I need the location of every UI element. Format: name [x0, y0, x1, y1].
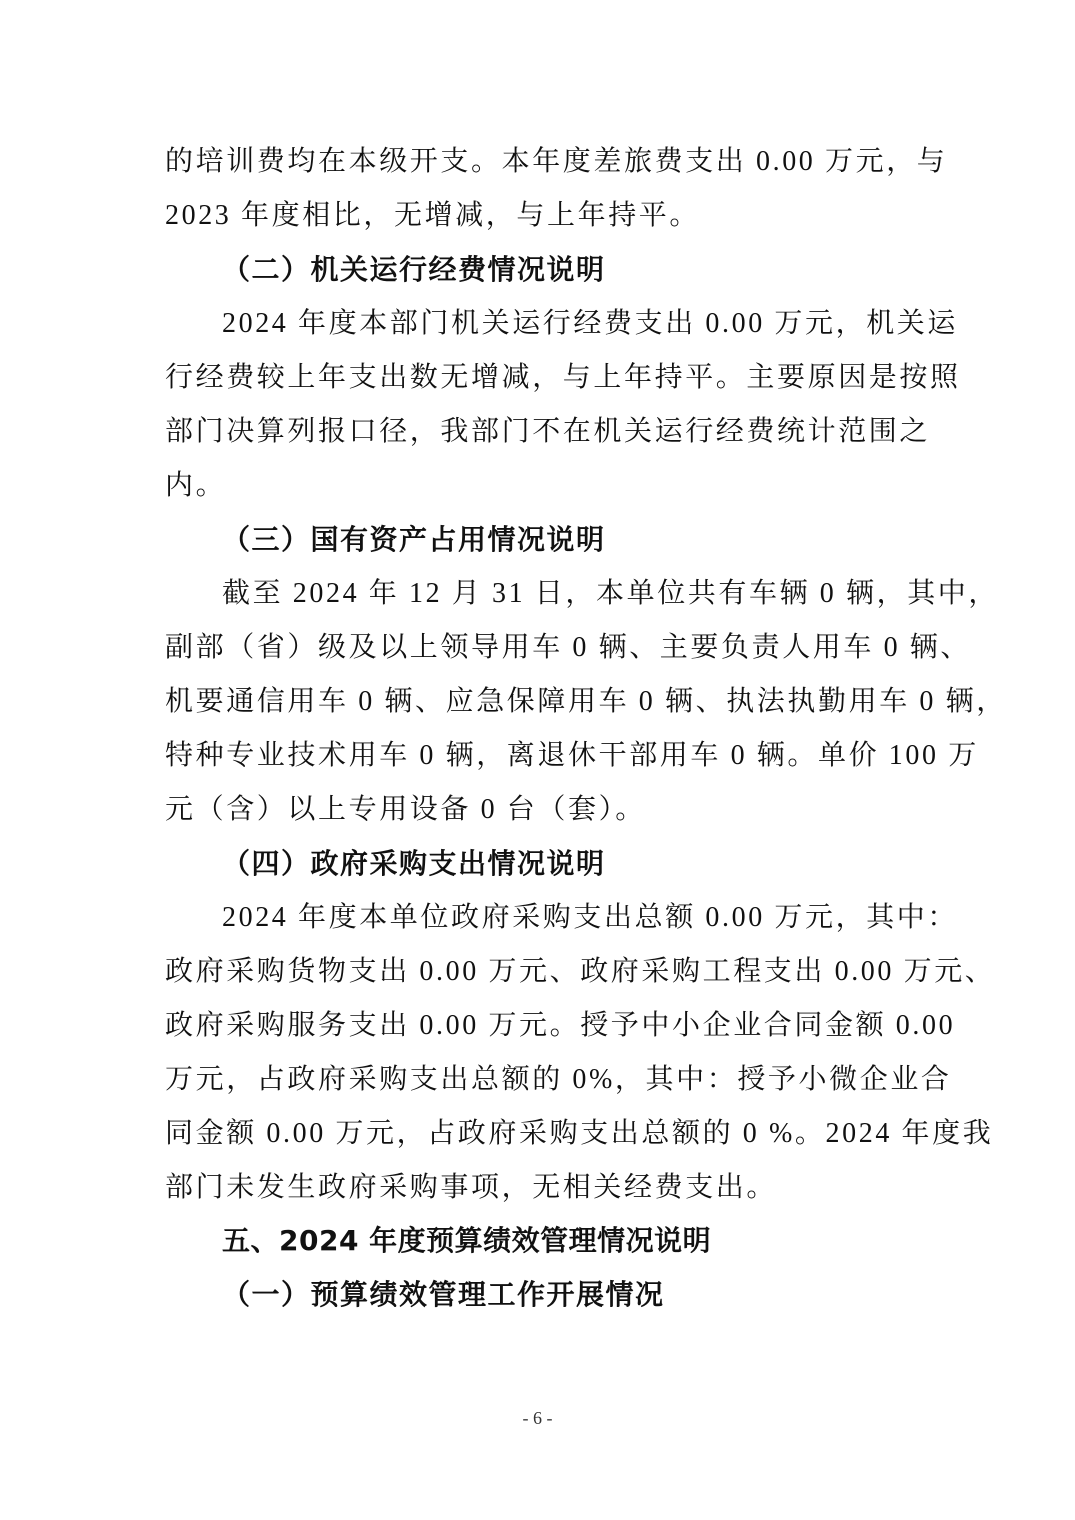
body-line: 万元，占政府采购支出总额的 0%，其中：授予小微企业合: [165, 1063, 912, 1097]
body-line: 政府采购服务支出 0.00 万元。授予中小企业合同金额 0.00: [165, 1009, 912, 1043]
body-line: 同金额 0.00 万元，占政府采购支出总额的 0 %。2024 年度我: [165, 1117, 912, 1151]
body-line: 特种专业技术用车 0 辆，离退休干部用车 0 辆。单价 100 万: [165, 739, 912, 773]
body-line: 2024 年度本单位政府采购支出总额 0.00 万元，其中：: [222, 901, 912, 935]
body-line: 部门未发生政府采购事项，无相关经费支出。: [165, 1171, 912, 1205]
body-line: 副部（省）级及以上领导用车 0 辆、主要负责人用车 0 辆、: [165, 631, 912, 665]
page-number: - 6 -: [0, 1408, 1075, 1429]
body-line: 行经费较上年支出数无增减，与上年持平。主要原因是按照: [165, 361, 912, 395]
document-page: 的培训费均在本级开支。本年度差旅费支出 0.00 万元，与 2023 年度相比，…: [0, 0, 1075, 1520]
body-line: 部门决算列报口径，我部门不在机关运行经费统计范围之: [165, 415, 912, 449]
body-line: 截至 2024 年 12 月 31 日，本单位共有车辆 0 辆，其中，: [222, 577, 912, 611]
section-heading-performance-work: （一）预算绩效管理工作开展情况: [222, 1278, 665, 1312]
body-line: 的培训费均在本级开支。本年度差旅费支出 0.00 万元，与: [165, 145, 912, 179]
section-heading-state-assets: （三）国有资产占用情况说明: [222, 523, 606, 557]
body-line: 元（含）以上专用设备 0 台（套）。: [165, 793, 912, 827]
body-line: 机要通信用车 0 辆、应急保障用车 0 辆、执法执勤用车 0 辆，: [165, 685, 912, 719]
body-line: 2023 年度相比，无增减，与上年持平。: [165, 199, 912, 233]
chapter-heading-performance: 五、2024 年度预算绩效管理情况说明: [222, 1224, 711, 1258]
body-line: 2024 年度本部门机关运行经费支出 0.00 万元，机关运: [222, 307, 912, 341]
section-heading-procurement: （四）政府采购支出情况说明: [222, 847, 606, 881]
section-heading-operating-costs: （二）机关运行经费情况说明: [222, 253, 606, 287]
body-line: 政府采购货物支出 0.00 万元、政府采购工程支出 0.00 万元、: [165, 955, 912, 989]
body-line: 内。: [165, 469, 912, 503]
